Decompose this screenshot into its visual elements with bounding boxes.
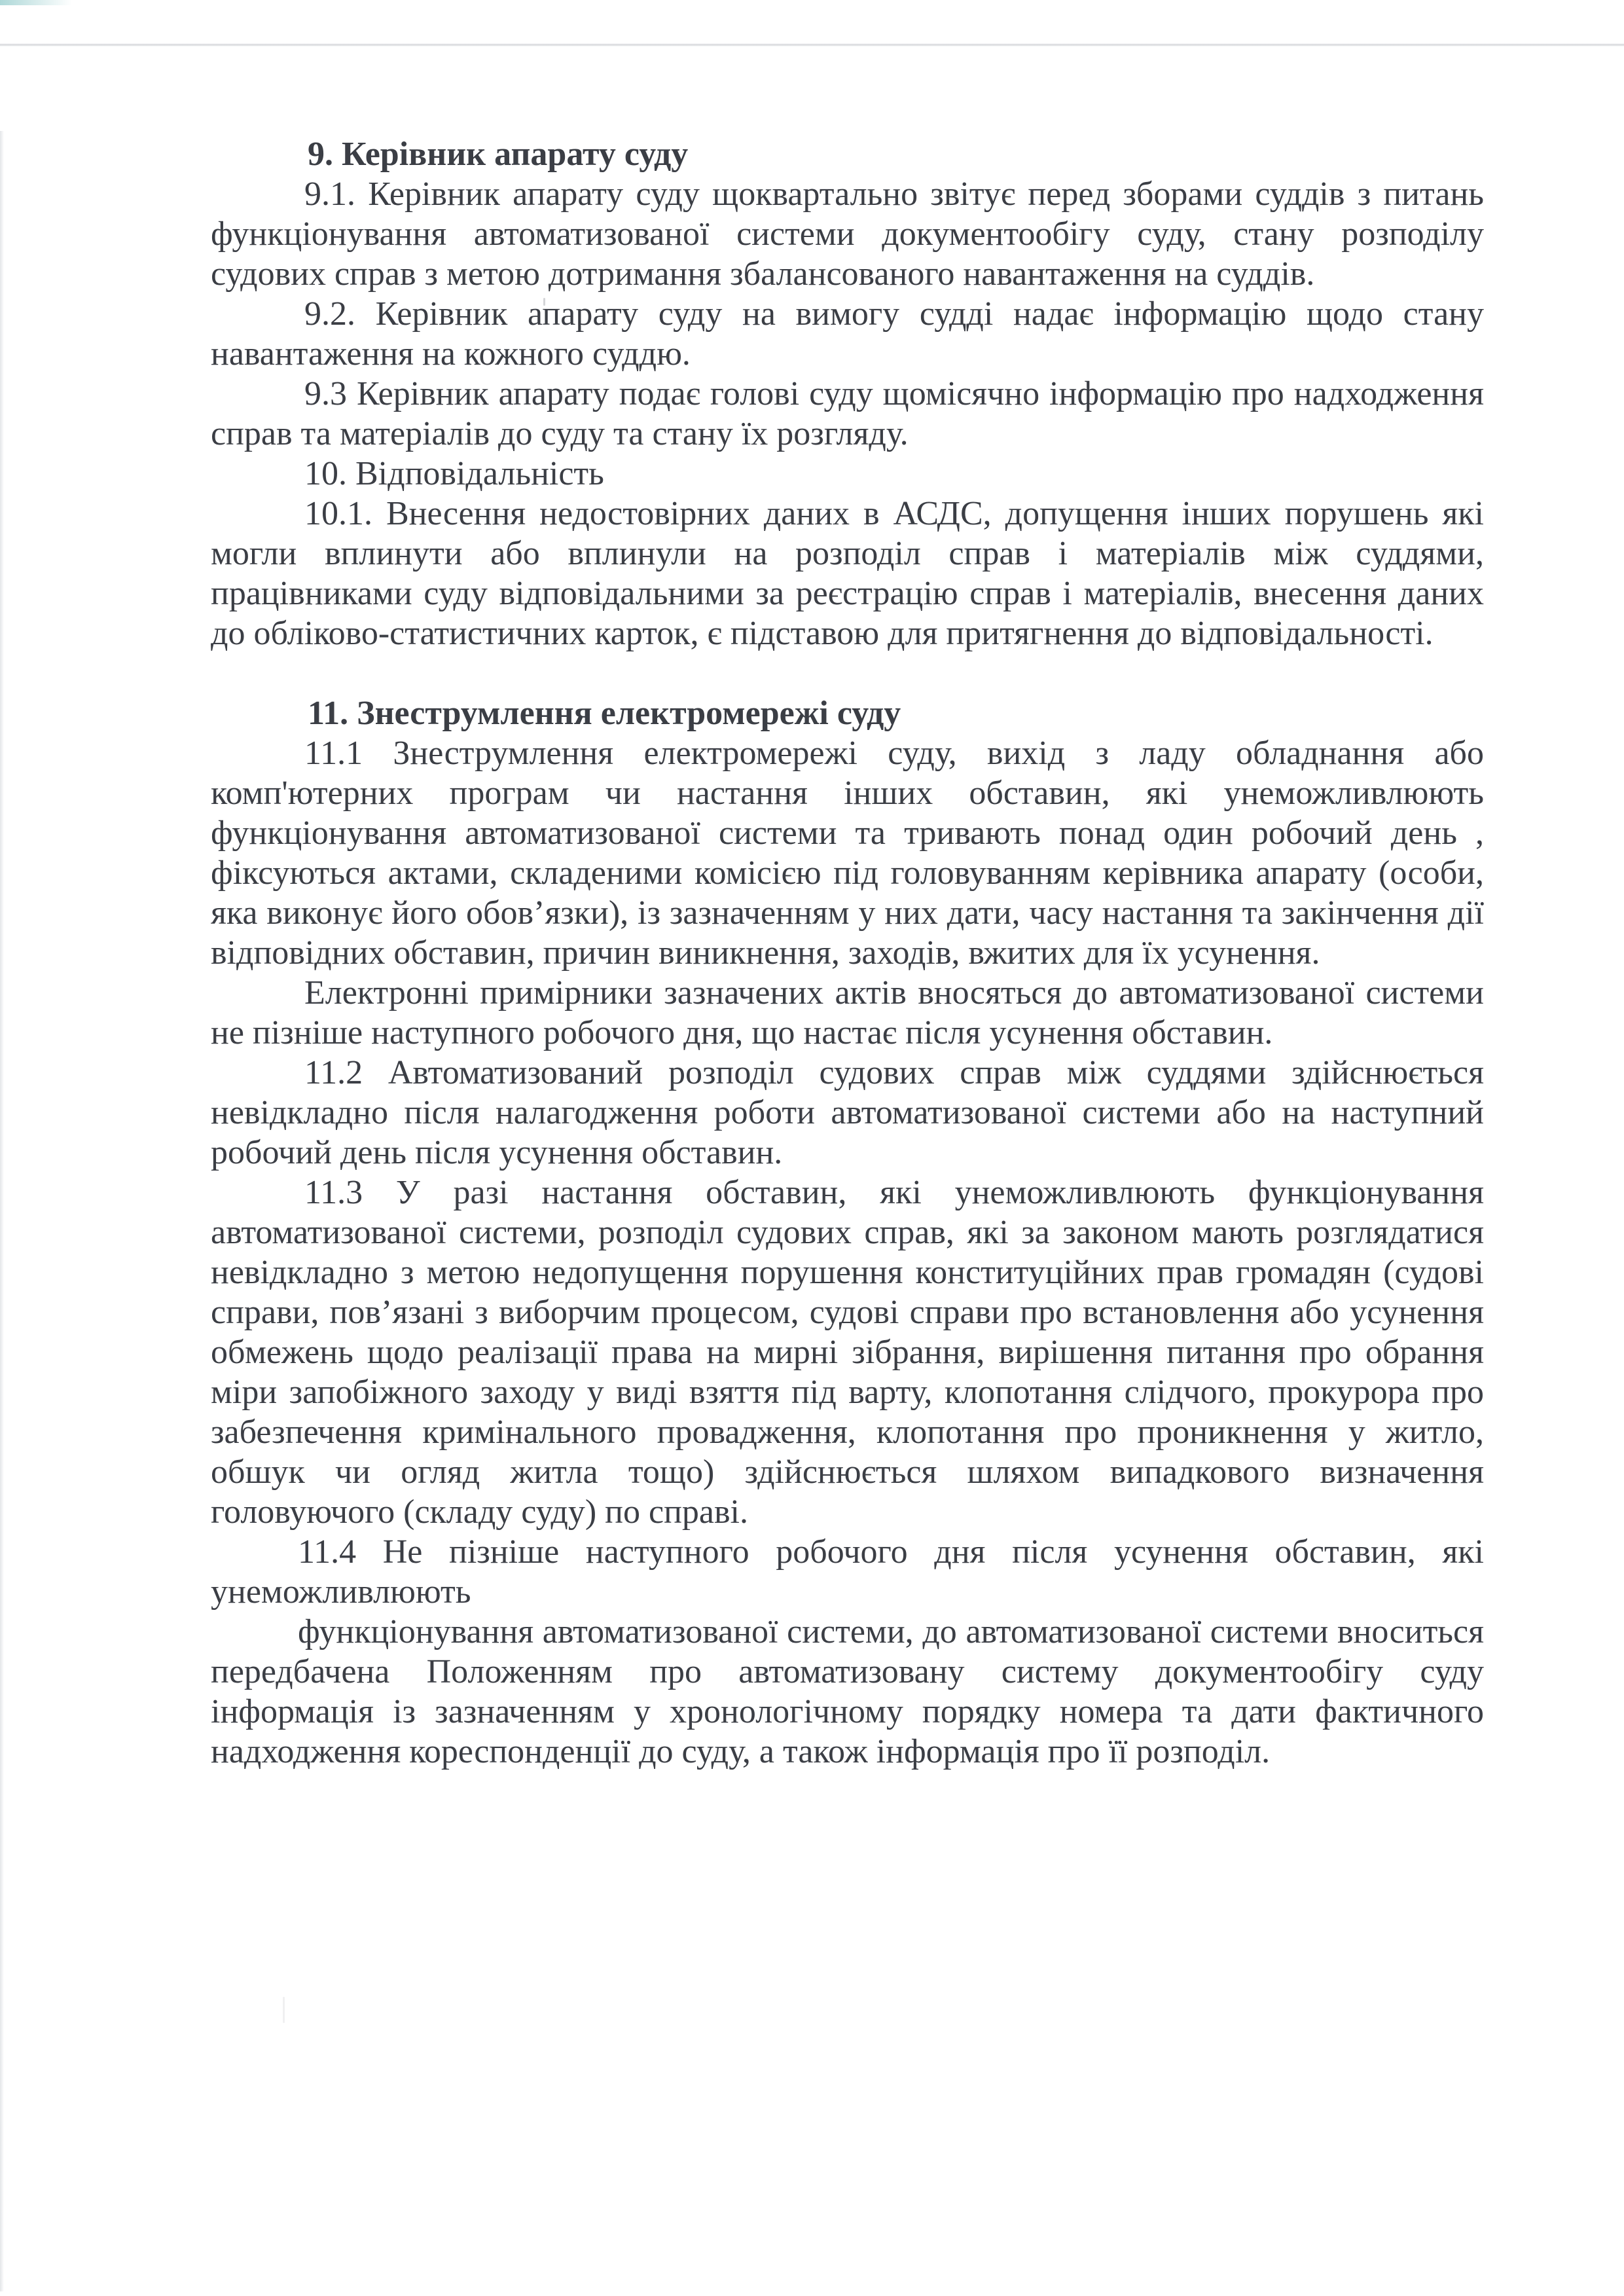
section-heading: 9. Керівник апарату суду xyxy=(211,134,1484,174)
paragraph-11-2: 11.2 Автоматизований розподіл судових сп… xyxy=(211,1053,1484,1173)
section-9: 9. Керівник апарату суду 9.1. Керівник а… xyxy=(211,134,1484,454)
paragraph-9-2: 9.2. Керівник апарату суду на вимогу суд… xyxy=(211,294,1484,374)
document-page: 9. Керівник апарату суду 9.1. Керівник а… xyxy=(211,134,1484,1772)
paragraph-9-1: 9.1. Керівник апарату суду щоквартально … xyxy=(211,174,1484,294)
section-heading: 10. Відповідальність xyxy=(211,454,1484,494)
paragraph-electronic-copies: Електронні примірники зазначених актів в… xyxy=(211,973,1484,1053)
blank-line xyxy=(211,653,1484,693)
paragraph-9-3: 9.3 Керівник апарату подає голові суду щ… xyxy=(211,374,1484,454)
paragraph-11-4-line-2: унеможливлюють xyxy=(211,1572,1484,1612)
section-11: 11. Знеструмлення електромережі суду 11.… xyxy=(211,693,1484,1772)
scan-artifact-top-line xyxy=(0,43,1624,46)
scan-speck xyxy=(283,1997,285,2023)
paragraph-11-1: 11.1 Знеструмлення електромережі суду, в… xyxy=(211,733,1484,973)
paragraph-11-4-continuation: функціонування автоматизованої системи, … xyxy=(211,1612,1484,1772)
section-10: 10. Відповідальність 10.1. Внесення недо… xyxy=(211,454,1484,653)
section-heading: 11. Знеструмлення електромережі суду xyxy=(211,693,1484,733)
paragraph-11-3: 11.3 У разі настання обставин, які унемо… xyxy=(211,1173,1484,1532)
paragraph-10-1: 10.1. Внесення недостовірних даних в АСД… xyxy=(211,494,1484,653)
scan-artifact-corner xyxy=(0,0,72,5)
paragraph-11-4-line-1: 11.4 Не пізніше наступного робочого дня … xyxy=(211,1532,1484,1572)
scan-artifact-left-edge xyxy=(0,131,4,2291)
